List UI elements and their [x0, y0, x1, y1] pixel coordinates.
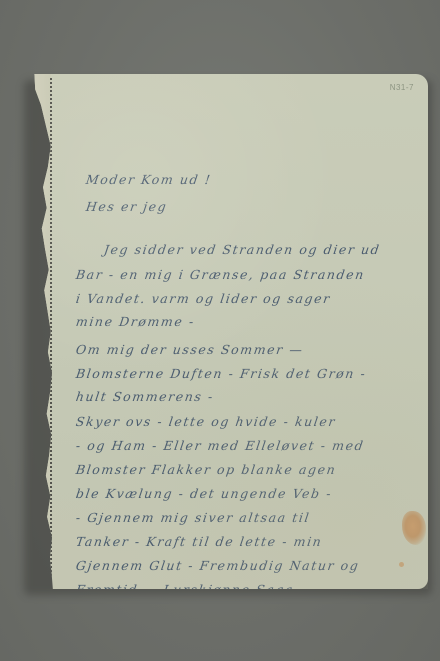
- manuscript-line: ble Kvælung - det ungende Veb -: [75, 486, 333, 501]
- manuscript-line: Skyer ovs - lette og hvide - kuler: [75, 414, 337, 429]
- manuscript-line: Jeg sidder ved Stranden og dier ud: [103, 242, 381, 257]
- manuscript-line: Tanker - Kraft til de lette - min: [75, 534, 324, 549]
- foxing-spot: [399, 562, 404, 567]
- manuscript-line: Blomsterne Duften - Frisk det Grøn -: [75, 366, 368, 381]
- manuscript-line: Moder Kom ud !: [85, 172, 213, 187]
- manuscript-line: - Gjennem mig siver altsaa til: [75, 510, 311, 525]
- manuscript-line: Gjennem Glut - Frembudig Natur og: [75, 558, 361, 573]
- manuscript-line: - og Ham - Eller med Elleløvet - med: [75, 438, 365, 453]
- archive-number: N31-7: [390, 83, 414, 92]
- manuscript-page: N31-7 Moder Kom ud ! Hes er jeg Jeg sidd…: [18, 74, 428, 589]
- manuscript-line: Om mig der usses Sommer —: [75, 342, 305, 357]
- manuscript-line: i Vandet. varm og lider og sager: [75, 291, 332, 306]
- manuscript-line: Blomster Flakker op blanke agen: [75, 462, 338, 477]
- foxing-stain: [402, 511, 426, 545]
- manuscript-line: Hes er jeg: [85, 199, 168, 214]
- manuscript-line: mine Drømme -: [75, 314, 196, 329]
- manuscript-line: hult Sommerens -: [75, 389, 215, 404]
- manuscript-line: Bar - en mig i Grænse, paa Stranden: [75, 267, 366, 282]
